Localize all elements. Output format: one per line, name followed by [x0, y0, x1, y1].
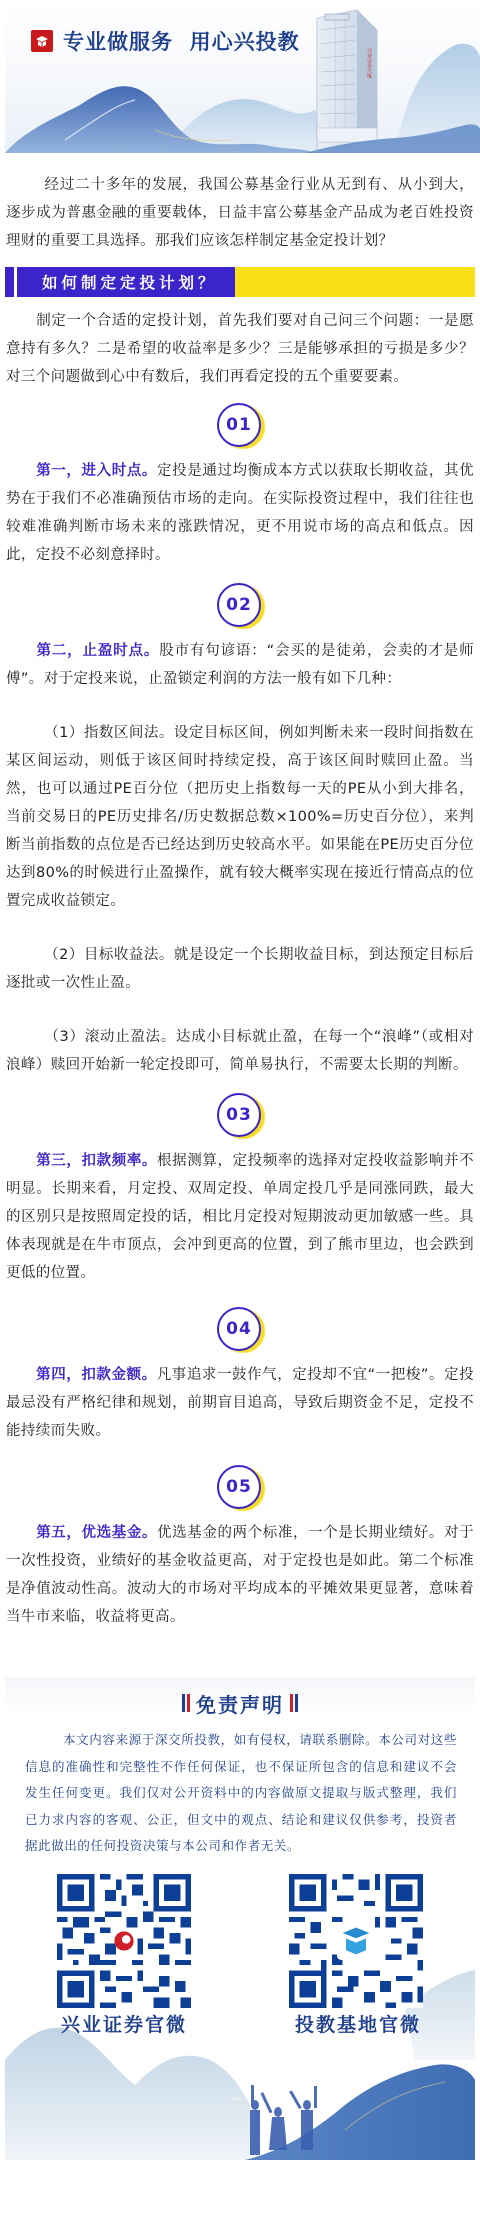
banner-slogan: 专业做服务 用心兴投教: [63, 26, 300, 56]
element-paragraph-5: 第五，优选基金。优选基金的两个标准，一个是长期业绩好。对于一次性投资，业绩好的基…: [0, 1519, 480, 1631]
disclaimer-text: 本文内容来源于深交所投教，如有侵权，请联系删除。本公司对这些信息的准确性和完整性…: [5, 1717, 475, 1860]
method-paragraph-2: （2）目标收益法。就是设定一个长期收益目标，到达预定目标后逐批或一次性止盈。: [0, 941, 480, 997]
qr-code-xingye-securities[interactable]: [57, 1874, 191, 2008]
element-paragraph-4: 第四，扣款金额。凡事追求一鼓作气，定投却不宜“一把梭”。定投最忌没有严格纪律和规…: [0, 1361, 480, 1445]
element-heading: 第一，进入时点。: [36, 463, 157, 479]
qr-code-investor-education-base[interactable]: [289, 1874, 423, 2008]
qr-label-xingye-securities: 兴业证券官微: [61, 2010, 187, 2037]
number-badge-01: 01: [0, 403, 480, 449]
section-title: 如何制定定投计划？: [17, 267, 235, 297]
qr-label-investor-education-base: 投教基地官微: [295, 2010, 421, 2037]
element-heading: 第二，止盈时点。: [36, 643, 159, 659]
number-badge-02: 02: [0, 583, 480, 629]
intro-paragraph: 经过二十多年的发展，我国公募基金行业从无到有、从小到大，逐步成为普惠金融的重要载…: [0, 171, 480, 255]
people-cheering-silhouettes: [250, 2085, 317, 2155]
title-bars-left-icon: [182, 1694, 190, 1712]
element-paragraph-1: 第一，进入时点。定投是通过均衡成本方式以获取长期收益，其优势在于我们不必准确预估…: [0, 457, 480, 569]
section-header: 如何制定定投计划？: [5, 267, 475, 297]
number-badge-04: 04: [0, 1307, 480, 1353]
number-badge-03: 03: [0, 1093, 480, 1139]
element-heading: 第四，扣款金额。: [36, 1367, 157, 1383]
banner-landscape-illustration: 兴业证券大厦: [5, 0, 480, 153]
element-paragraph-3: 第三，扣款频率。根据测算，定投频率的选择对定投收益影响并不明显。长期来看，月定投…: [0, 1147, 480, 1287]
method-paragraph-1: （1）指数区间法。设定目标区间，例如判断未来一段时间指数在某区间运动，则低于该区…: [0, 719, 480, 915]
header-accent-stub: [5, 267, 14, 297]
section-intro-paragraph: 制定一个合适的定投计划，首先我们要对自己问三个问题：一是愿意持有多久？二是希望的…: [0, 307, 480, 391]
red-square-emblem-icon: [31, 30, 53, 52]
disclaimer-section: 免责声明 本文内容来源于深交所投教，如有侵权，请联系删除。本公司对这些信息的准确…: [5, 1677, 475, 1860]
disclaimer-title: 免责声明: [5, 1677, 475, 1717]
element-heading: 第三，扣款频率。: [36, 1153, 157, 1169]
svg-text:兴业证券大厦: 兴业证券大厦: [366, 47, 373, 79]
office-building-illustration: 兴业证券大厦: [317, 10, 377, 150]
element-heading: 第五，优选基金。: [36, 1525, 157, 1541]
number-badge-05: 05: [0, 1465, 480, 1511]
qr-footer: 兴业证券官微 投教基地官微: [5, 1860, 475, 2205]
method-paragraph-3: （3）滚动止盈法。达成小目标就止盈，在每一个“浪峰”（或相对浪峰）赎回开始新一轮…: [0, 1023, 480, 1079]
header-yellow-bar: [235, 267, 475, 297]
top-banner: 兴业证券大厦 专业做服务 用心兴投教: [5, 0, 480, 153]
element-paragraph-2: 第二，止盈时点。股市有句谚语：“会买的是徒弟，会卖的才是师傅”。对于定投来说，止…: [0, 637, 480, 693]
title-bars-right-icon: [290, 1694, 298, 1712]
